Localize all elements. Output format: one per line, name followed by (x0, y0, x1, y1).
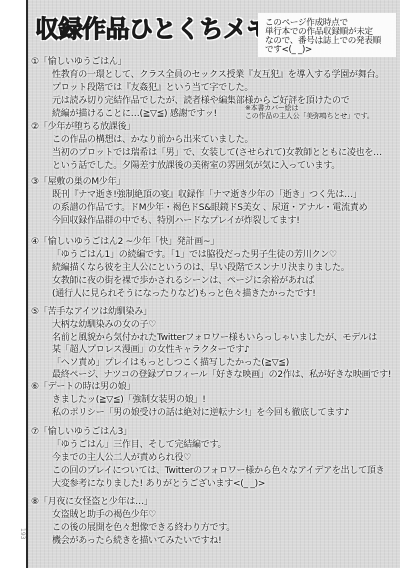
page-title: 収録作品ひとくちメモ (35, 14, 270, 44)
section-line: の系譜の作品です。ドM少年・褐色ドS&眼鏡ドS美女 、尿道・アナル・電流責め (31, 202, 396, 215)
section-heading: ②「少年が堕ちる放課後」 (31, 121, 396, 134)
section-heading: ⑦「愉しいゆうごはん3」 (31, 426, 396, 439)
memo-section-2: ②「少年が堕ちる放課後」 この作品の構想は、かなり前から出来ていました。 当初の… (31, 121, 396, 173)
memo-section-3: ③「屋敷の巣のM少年」 既刊『ナマ逝き!強制絶頂の宴』収録作「ナマ逝き少年の「逝… (31, 176, 396, 228)
section-line: 名前と風貌から気付かれたTwitterフォロワー様もいらっしゃいましたが、モデル… (31, 332, 396, 345)
section-line: この作品の構想は、かなり前から出来ていました。 (31, 134, 396, 147)
ordering-note-box: このページ作成時点で 単行本での作品収録順が未定 なので、番号は誌上での発表順 … (258, 13, 396, 57)
section-heading: ⑤「苦手なアイツは幼馴染み」 (31, 306, 396, 319)
memo-section-6: ⑥「デートの時は男の娘」 きましたッ(≧▽≦)「強制女装男の娘」! 私のポリシー… (31, 381, 396, 420)
section-heading: ⑥「デートの時は男の娘」 (31, 381, 396, 394)
section-line: 「ヘソ責め」プレイはもっとしつこく描写したかった(≧▽≦) (31, 357, 396, 370)
section-line: 当初のプロットでは瑞希は「男」で、女装して(させられて)女教師とともに凌也を… (31, 147, 396, 160)
section-line: 今回収録作品群の中でも、特別ハードなプレイが炸裂してます! (31, 215, 396, 228)
section-line: 私のポリシー「男の娘受けの話は絶対に逆転ナシ!」を今回も徹底してます♪ (31, 407, 396, 420)
cover-note-line: ※本書カバー絵は (245, 104, 395, 112)
section-line: (通行人に見られそうになったりなど)もっと色々描きたかったです! (31, 288, 396, 301)
section-heading: ④「愉しいゆうごはん2 ~少年「快」発計画~」 (31, 236, 396, 249)
section-line: 某「超人プロレス漫画」の女性キャラクターです♪ (31, 344, 396, 357)
section-line: 機会があったら続きを描いてみたいですね! (31, 535, 396, 548)
section-line: プロット段階では『友姦犯』という当て字でした。 (31, 82, 396, 95)
section-line: 大柄な幼馴染みの女の子♡ (31, 319, 396, 332)
section-heading: ③「屋敷の巣のM少年」 (31, 176, 396, 189)
cover-note-line: この作品の主人公「美弥鳴ちとせ」です。 (245, 112, 395, 120)
section-line: 女盗賊と助手の褐色少年♡ (31, 509, 396, 522)
section-line: この後の展開を色々想像できる終わり方です。 (31, 522, 396, 535)
section-line: 大変参考になりました! ありがとうございます<(_ _)> (31, 478, 396, 491)
memo-section-4: ④「愉しいゆうごはん2 ~少年「快」発計画~」 「ゆうごはん1」の続編です。「1… (31, 236, 396, 301)
page-margin: 193 (0, 0, 26, 568)
memo-section-8: ⑧「月夜に女怪盗と少年は…」 女盗賊と助手の褐色少年♡ この後の展開を色々想像で… (31, 496, 396, 548)
section-heading: ⑧「月夜に女怪盗と少年は…」 (31, 496, 396, 509)
section-line: この回のプレイについては、Twitterのフォロワー様から色々なアイデアを出して… (31, 465, 396, 478)
section-line: 「ゆうごはん」三作目、そして完結編です。 (31, 439, 396, 452)
section-line: きましたッ(≧▽≦)「強制女装男の娘」! (31, 394, 396, 407)
cover-art-note: ※本書カバー絵は この作品の主人公「美弥鳴ちとせ」です。 (245, 104, 395, 120)
section-line: 既刊『ナマ逝き!強制絶頂の宴』収録作「ナマ逝き少年の「逝き」つく先は…」 (31, 189, 396, 202)
section-line: 性教育の一環として、クラス全員のセックス授業『友互犯』を導入する学園が舞台。 (31, 69, 396, 82)
section-line: 今までの主人公二人が責められ役♡ (31, 452, 396, 465)
memo-section-5: ⑤「苦手なアイツは幼馴染み」 大柄な幼馴染みの女の子♡ 名前と風貌から気付かれた… (31, 306, 396, 382)
memo-section-7: ⑦「愉しいゆうごはん3」 「ゆうごはん」三作目、そして完結編です。 今までの主人… (31, 426, 396, 491)
section-line: 女教師に夜の街を裸で歩かされるシーンは、ページに余裕があれば (31, 275, 396, 288)
section-line: 続編描くなら彼を主人公にというのは、早い段階でスンナリ決まりました。 (31, 262, 396, 275)
section-line: という話でした。夕陽差す放課後の美術室の雰囲気が気に入っています。 (31, 160, 396, 173)
page-number: 193 (14, 528, 26, 554)
section-line: 「ゆうごはん1」の続編です。「1」では脇役だった男子生徒の芳川クン♡ (31, 249, 396, 262)
ordering-note-line: です<(_ _)> (265, 46, 396, 55)
section-heading: ①「愉しいゆうごはん」 (31, 56, 396, 69)
